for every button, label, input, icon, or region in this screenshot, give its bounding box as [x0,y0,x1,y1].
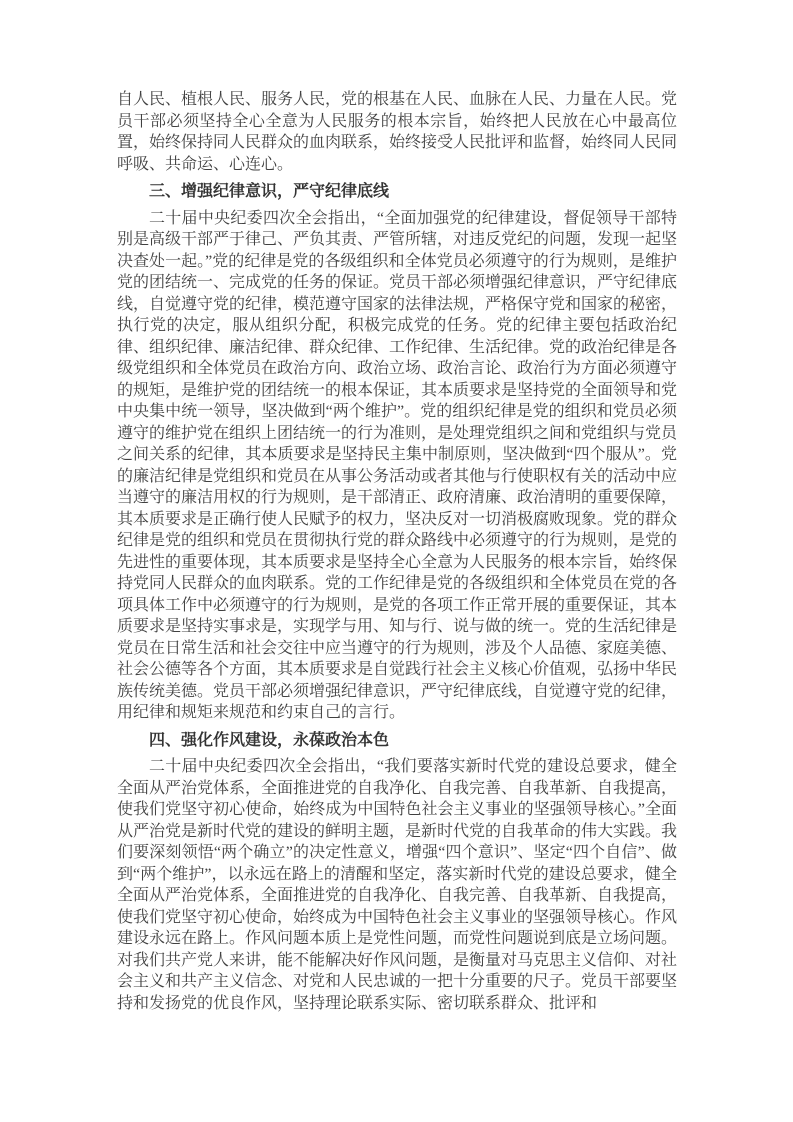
section-paragraph-discipline: 二十届中央纪委四次全会指出，“全面加强党的纪律建设，督促领导干部特别是高级干部严… [117,208,677,724]
section-paragraph-work-style: 二十届中央纪委四次全会指出，“我们要落实新时代党的建设总要求，健全全面从严治党体… [117,756,677,1014]
section-heading-discipline: 三、增强纪律意识，严守纪律底线 [117,181,677,203]
section-heading-work-style: 四、强化作风建设，永葆政治本色 [117,730,677,752]
continuation-paragraph: 自人民、植根人民、服务人民，党的根基在人民、血脉在人民、力量在人民。党员干部必须… [117,89,677,175]
document-page: 自人民、植根人民、服务人民，党的根基在人民、血脉在人民、力量在人民。党员干部必须… [0,0,793,1122]
document-body: 自人民、植根人民、服务人民，党的根基在人民、血脉在人民、力量在人民。党员干部必须… [117,89,677,1014]
